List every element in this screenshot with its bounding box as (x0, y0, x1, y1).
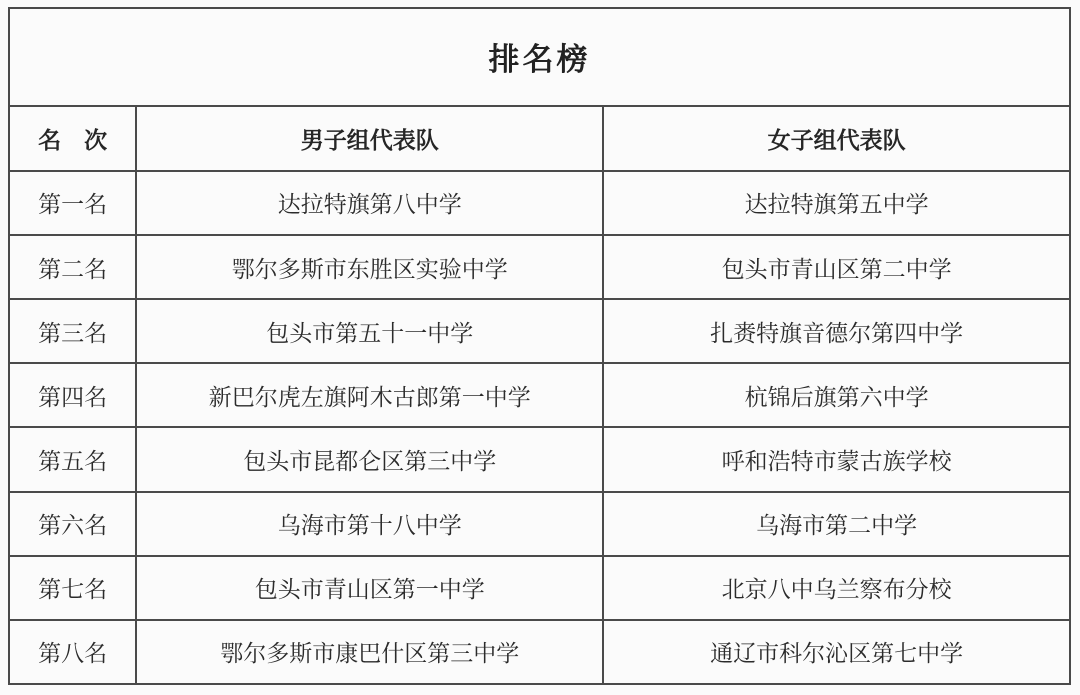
women-team-cell: 扎赉特旗音德尔第四中学 (603, 299, 1070, 363)
table-row: 第七名 包头市青山区第一中学 北京八中乌兰察布分校 (9, 556, 1070, 620)
table-row: 第五名 包头市昆都仑区第三中学 呼和浩特市蒙古族学校 (9, 427, 1070, 491)
women-team-cell: 乌海市第二中学 (603, 492, 1070, 556)
men-team-cell: 乌海市第十八中学 (136, 492, 603, 556)
page-title: 排名榜 (9, 8, 1070, 106)
ranking-table: 排名榜 名 次 男子组代表队 女子组代表队 第一名 达拉特旗第八中学 达拉特旗第… (8, 7, 1071, 685)
document-page: 排名榜 名 次 男子组代表队 女子组代表队 第一名 达拉特旗第八中学 达拉特旗第… (0, 0, 1080, 695)
table-body: 排名榜 名 次 男子组代表队 女子组代表队 第一名 达拉特旗第八中学 达拉特旗第… (9, 8, 1070, 684)
men-team-cell: 达拉特旗第八中学 (136, 171, 603, 235)
men-team-cell: 新巴尔虎左旗阿木古郎第一中学 (136, 363, 603, 427)
header-row: 名 次 男子组代表队 女子组代表队 (9, 106, 1070, 171)
men-team-cell: 包头市第五十一中学 (136, 299, 603, 363)
women-team-cell: 北京八中乌兰察布分校 (603, 556, 1070, 620)
men-team-cell: 鄂尔多斯市东胜区实验中学 (136, 235, 603, 299)
column-header-women: 女子组代表队 (603, 106, 1070, 171)
column-header-rank: 名 次 (9, 106, 136, 171)
rank-cell: 第六名 (9, 492, 136, 556)
table-row: 第三名 包头市第五十一中学 扎赉特旗音德尔第四中学 (9, 299, 1070, 363)
men-team-cell: 鄂尔多斯市康巴什区第三中学 (136, 620, 603, 684)
rank-cell: 第一名 (9, 171, 136, 235)
women-team-cell: 通辽市科尔沁区第七中学 (603, 620, 1070, 684)
column-header-men: 男子组代表队 (136, 106, 603, 171)
table-row: 第四名 新巴尔虎左旗阿木古郎第一中学 杭锦后旗第六中学 (9, 363, 1070, 427)
women-team-cell: 杭锦后旗第六中学 (603, 363, 1070, 427)
rank-cell: 第二名 (9, 235, 136, 299)
table-row: 第二名 鄂尔多斯市东胜区实验中学 包头市青山区第二中学 (9, 235, 1070, 299)
title-row: 排名榜 (9, 8, 1070, 106)
rank-cell: 第三名 (9, 299, 136, 363)
women-team-cell: 包头市青山区第二中学 (603, 235, 1070, 299)
table-row: 第一名 达拉特旗第八中学 达拉特旗第五中学 (9, 171, 1070, 235)
men-team-cell: 包头市昆都仑区第三中学 (136, 427, 603, 491)
rank-cell: 第七名 (9, 556, 136, 620)
rank-cell: 第八名 (9, 620, 136, 684)
rank-cell: 第四名 (9, 363, 136, 427)
women-team-cell: 呼和浩特市蒙古族学校 (603, 427, 1070, 491)
women-team-cell: 达拉特旗第五中学 (603, 171, 1070, 235)
table-row: 第八名 鄂尔多斯市康巴什区第三中学 通辽市科尔沁区第七中学 (9, 620, 1070, 684)
rank-cell: 第五名 (9, 427, 136, 491)
table-row: 第六名 乌海市第十八中学 乌海市第二中学 (9, 492, 1070, 556)
men-team-cell: 包头市青山区第一中学 (136, 556, 603, 620)
